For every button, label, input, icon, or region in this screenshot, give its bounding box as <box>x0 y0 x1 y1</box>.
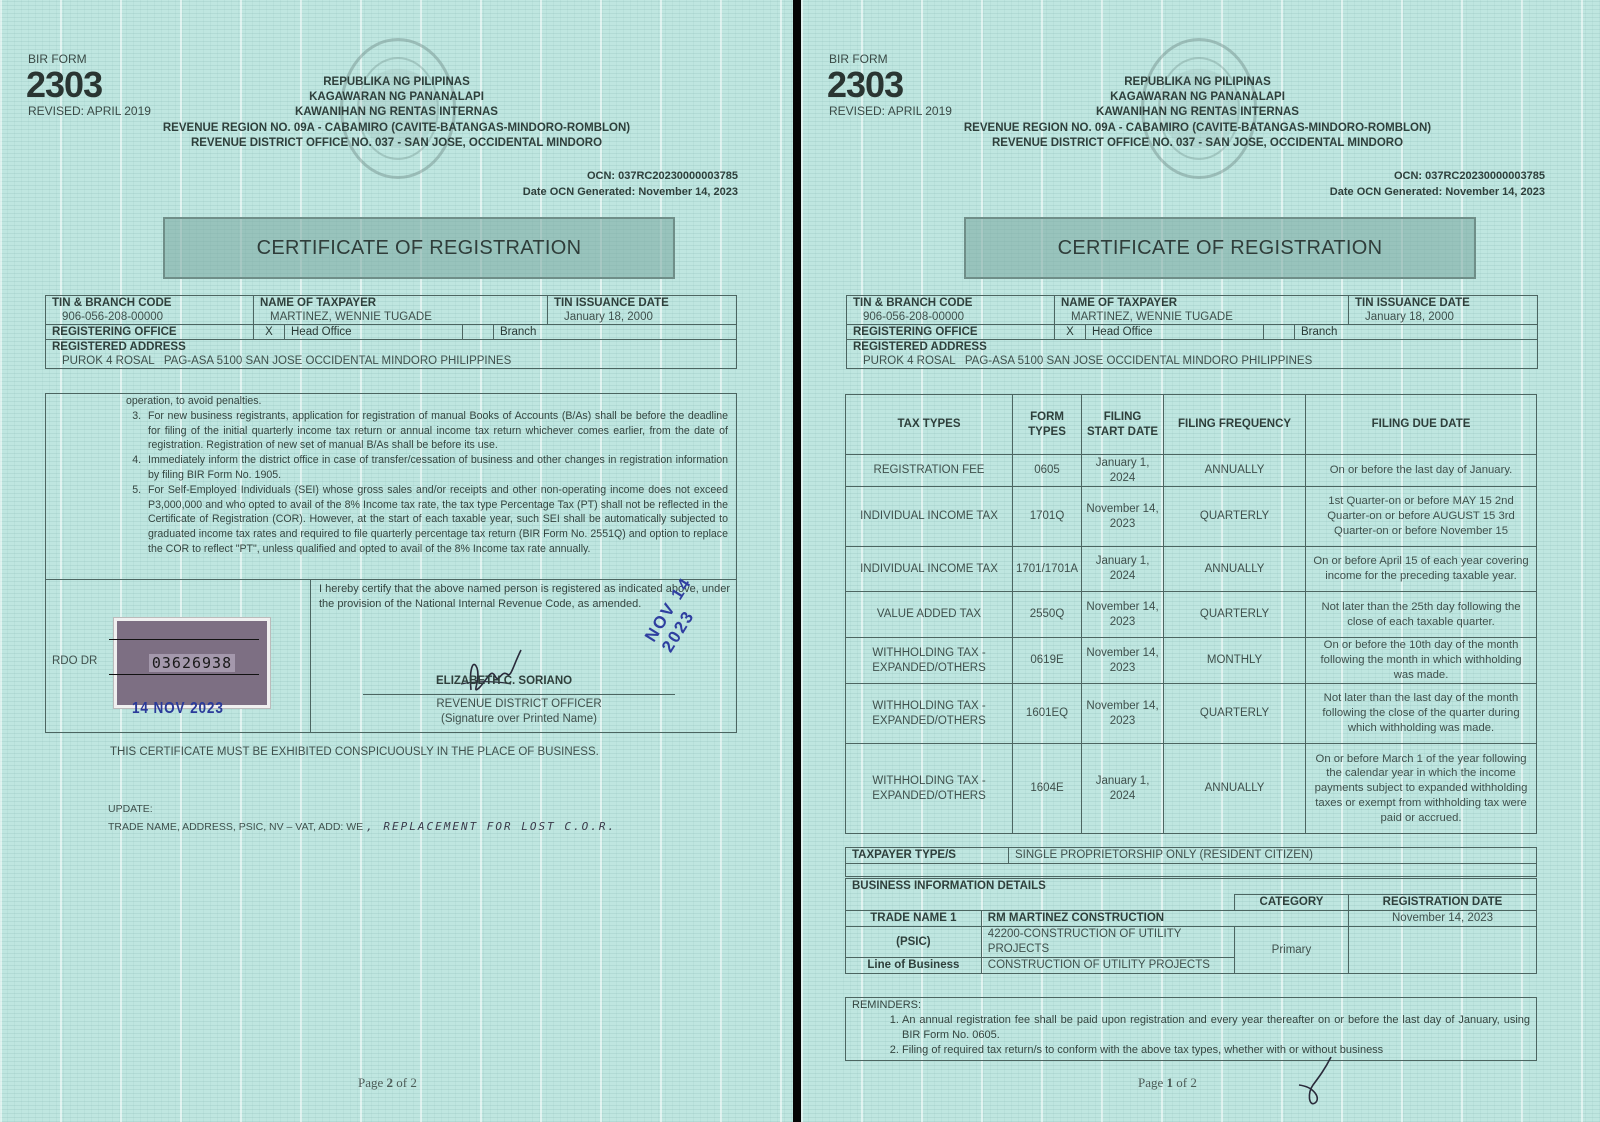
note-item: For Self-Employed Individuals (SEI) whos… <box>144 483 728 557</box>
head-office-label: Head Office <box>1086 325 1264 340</box>
notes-list: operation, to avoid penalties. For new b… <box>46 394 736 557</box>
taxpayer-name-value: MARTINEZ, WENNIE TUGADE <box>1061 310 1342 324</box>
filing-frequency-cell: MONTHLY <box>1164 638 1306 684</box>
revenue-district: REVENUE DISTRICT OFFICE NO. 037 - SAN JO… <box>0 136 793 151</box>
reminders-list: An annual registration fee shall be paid… <box>846 1013 1536 1058</box>
head-office-checkbox: X <box>1055 325 1086 340</box>
form-type-cell: 1701/1701A <box>1013 547 1082 592</box>
tin-issuance-value: January 18, 2000 <box>1355 310 1531 324</box>
rdo-label: RDO DR <box>52 655 97 667</box>
revenue-region: REVENUE REGION NO. 09A - CABAMIRO (CAVIT… <box>0 121 793 136</box>
tax-type-cell: WITHHOLDING TAX - EXPANDED/OTHERS <box>846 684 1013 744</box>
ocn-block: OCN: 037RC20230000003785 Date OCN Genera… <box>1330 168 1545 200</box>
psic-value: 42200-CONSTRUCTION OF UTILITY PROJECTS <box>981 927 1234 958</box>
update-label: UPDATE: <box>108 803 153 815</box>
filing-due-cell: Not later than the 25th day following th… <box>1306 592 1537 638</box>
tin-label: TIN & BRANCH CODE <box>52 297 171 309</box>
tax-table-row: INDIVIDUAL INCOME TAX1701QNovember 14, 2… <box>846 487 1537 547</box>
header-filing-due-date: FILING DUE DATE <box>1306 395 1537 455</box>
officer-subtitle: (Signature over Printed Name) <box>363 712 675 727</box>
branch-checkbox <box>1264 325 1295 340</box>
agency-line-1: REPUBLIKA NG PILIPINAS <box>0 75 793 90</box>
branch-label: Branch <box>494 325 737 340</box>
business-header-spacer <box>846 895 1235 911</box>
head-office-checkbox: X <box>254 325 285 340</box>
filing-due-cell: On or before the 10th day of the month f… <box>1306 638 1537 684</box>
stamp-date: 14 NOV 2023 <box>132 700 224 718</box>
tax-table-row: WITHHOLDING TAX - EXPANDED/OTHERS0619ENo… <box>846 638 1537 684</box>
filing-due-cell: Not later than the last day of the month… <box>1306 684 1537 744</box>
line-of-business-label: Line of Business <box>846 958 982 974</box>
branch-checkbox <box>463 325 494 340</box>
tin-issuance-value: January 18, 2000 <box>554 310 730 324</box>
officer-title: REVENUE DISTRICT OFFICER <box>363 697 675 712</box>
tin-issuance-label: TIN ISSUANCE DATE <box>1355 297 1470 309</box>
tax-type-cell: REGISTRATION FEE <box>846 455 1013 487</box>
taxpayer-id-table: TIN & BRANCH CODE906-056-208-00000 NAME … <box>846 295 1538 369</box>
tax-table-row: REGISTRATION FEE0605January 1, 2024ANNUA… <box>846 455 1537 487</box>
tax-table-row: VALUE ADDED TAX2550QNovember 14, 2023QUA… <box>846 592 1537 638</box>
taxpayer-type-table: TAXPAYER TYPE/S SINGLE PROPRIETORSHIP ON… <box>845 847 1537 877</box>
signature-line <box>363 694 675 695</box>
business-section-label: BUSINESS INFORMATION DETAILS <box>846 879 1537 895</box>
form-type-cell: 2550Q <box>1013 592 1082 638</box>
taxpayer-id-table: TIN & BRANCH CODE906-056-208-00000 NAME … <box>45 295 737 369</box>
filing-frequency-cell: ANNUALLY <box>1164 455 1306 487</box>
line-of-business-value: CONSTRUCTION OF UTILITY PROJECTS <box>981 958 1234 974</box>
tax-type-cell: INDIVIDUAL INCOME TAX <box>846 487 1013 547</box>
trade-name-value: RM MARTINEZ CONSTRUCTION <box>981 911 1348 927</box>
notes-section: operation, to avoid penalties. For new b… <box>45 393 737 733</box>
notes-continuation: operation, to avoid penalties. <box>46 394 736 409</box>
agency-line-3: KAWANIHAN NG RENTAS INTERNAS <box>801 105 1594 120</box>
registration-date-label: REGISTRATION DATE <box>1349 895 1537 911</box>
category-value: Primary <box>1234 927 1348 974</box>
note-item: For new business registrants, applicatio… <box>144 409 728 453</box>
form-type-cell: 1604E <box>1013 744 1082 834</box>
registering-office-label: REGISTERING OFFICE <box>847 325 1055 340</box>
stamp-serial-number: 03626938 <box>149 654 235 672</box>
page-footer: Page 1 of 2 <box>1138 1075 1197 1091</box>
agency-line-1: REPUBLIKA NG PILIPINAS <box>801 75 1594 90</box>
tax-type-cell: VALUE ADDED TAX <box>846 592 1013 638</box>
agency-line-2: KAGAWARAN NG PANANALAPI <box>0 90 793 105</box>
cor-page-2: BIR FORM 2303 REVISED: APRIL 2019 REPUBL… <box>0 0 793 1122</box>
certification-row: RDO DR 03626938 14 NOV 2023 I hereby cer… <box>46 579 736 733</box>
header-filing-start-date: FILING START DATE <box>1082 395 1164 455</box>
tax-table-row: WITHHOLDING TAX - EXPANDED/OTHERS1604EJa… <box>846 744 1537 834</box>
taxpayer-name-value: MARTINEZ, WENNIE TUGADE <box>260 310 541 324</box>
filing-frequency-cell: ANNUALLY <box>1164 744 1306 834</box>
registration-date-empty <box>1349 927 1537 974</box>
taxpayer-name-label: NAME OF TAXPAYER <box>260 297 376 309</box>
address-value: PUROK 4 ROSAL PAG-ASA 5100 SAN JOSE OCCI… <box>52 354 730 368</box>
region-header: REVENUE REGION NO. 09A - CABAMIRO (CAVIT… <box>0 121 793 151</box>
filing-due-cell: On or before March 1 of the year followi… <box>1306 744 1537 834</box>
header-tax-types: TAX TYPES <box>846 395 1013 455</box>
agency-line-3: KAWANIHAN NG RENTAS INTERNAS <box>0 105 793 120</box>
filing-due-cell: On or before the last day of January. <box>1306 455 1537 487</box>
page-divider <box>793 0 801 1122</box>
spacer-row <box>846 864 1537 877</box>
tax-type-cell: WITHHOLDING TAX - EXPANDED/OTHERS <box>846 638 1013 684</box>
revenue-district: REVENUE DISTRICT OFFICE NO. 037 - SAN JO… <box>801 136 1594 151</box>
tax-type-cell: WITHHOLDING TAX - EXPANDED/OTHERS <box>846 744 1013 834</box>
filing-frequency-cell: QUARTERLY <box>1164 487 1306 547</box>
region-header: REVENUE REGION NO. 09A - CABAMIRO (CAVIT… <box>801 121 1594 151</box>
category-label: CATEGORY <box>1234 895 1348 911</box>
registering-office-label: REGISTERING OFFICE <box>46 325 254 340</box>
officer-title-block: REVENUE DISTRICT OFFICER (Signature over… <box>363 697 675 727</box>
business-info-table: BUSINESS INFORMATION DETAILS CATEGORY RE… <box>845 878 1537 974</box>
documentary-stamp-icon: 03626938 <box>114 618 270 708</box>
page-footer-prefix: Page <box>358 1075 387 1090</box>
filing-start-cell: November 14, 2023 <box>1082 638 1164 684</box>
tax-type-cell: INDIVIDUAL INCOME TAX <box>846 547 1013 592</box>
form-type-cell: 1601EQ <box>1013 684 1082 744</box>
officer-name: ELIZABETH C. SORIANO <box>436 675 572 687</box>
taxpayer-type-label: TAXPAYER TYPE/S <box>846 848 1009 864</box>
tin-issuance-label: TIN ISSUANCE DATE <box>554 297 669 309</box>
filing-start-cell: November 14, 2023 <box>1082 487 1164 547</box>
certificate-title: CERTIFICATE OF REGISTRATION <box>964 217 1476 279</box>
tax-types-table: TAX TYPES FORM TYPES FILING START DATE F… <box>845 394 1537 834</box>
ocn-number: OCN: 037RC20230000003785 <box>523 168 738 184</box>
filing-start-cell: January 1, 2024 <box>1082 547 1164 592</box>
update-text: TRADE NAME, ADDRESS, PSIC, NV – VAT, ADD… <box>108 821 363 833</box>
tax-table-header-row: TAX TYPES FORM TYPES FILING START DATE F… <box>846 395 1537 455</box>
certificate-title: CERTIFICATE OF REGISTRATION <box>163 217 675 279</box>
header-form-types: FORM TYPES <box>1013 395 1082 455</box>
address-label: REGISTERED ADDRESS <box>52 341 186 353</box>
tin-value: 906-056-208-00000 <box>52 310 247 324</box>
reminder-item: An annual registration fee shall be paid… <box>902 1013 1530 1043</box>
head-office-label: Head Office <box>285 325 463 340</box>
ocn-date: Date OCN Generated: November 14, 2023 <box>523 184 738 200</box>
taxpayer-type-value: SINGLE PROPRIETORSHIP ONLY (RESIDENT CIT… <box>1009 848 1537 864</box>
header-filing-frequency: FILING FREQUENCY <box>1164 395 1306 455</box>
form-type-cell: 0605 <box>1013 455 1082 487</box>
filing-start-cell: November 14, 2023 <box>1082 684 1164 744</box>
filing-start-cell: November 14, 2023 <box>1082 592 1164 638</box>
filing-frequency-cell: QUARTERLY <box>1164 684 1306 744</box>
form-type-cell: 1701Q <box>1013 487 1082 547</box>
agency-line-2: KAGAWARAN NG PANANALAPI <box>801 90 1594 105</box>
page-footer-suffix: of 2 <box>1173 1075 1197 1090</box>
ocn-block: OCN: 037RC20230000003785 Date OCN Genera… <box>523 168 738 200</box>
registration-date-value: November 14, 2023 <box>1349 911 1537 927</box>
branch-label: Branch <box>1295 325 1538 340</box>
page-footer-suffix: of 2 <box>393 1075 417 1090</box>
filing-frequency-cell: QUARTERLY <box>1164 592 1306 638</box>
agency-header: REPUBLIKA NG PILIPINAS KAGAWARAN NG PANA… <box>801 75 1594 120</box>
address-value: PUROK 4 ROSAL PAG-ASA 5100 SAN JOSE OCCI… <box>853 354 1531 368</box>
filing-frequency-cell: ANNUALLY <box>1164 547 1306 592</box>
exhibit-notice: THIS CERTIFICATE MUST BE EXHIBITED CONSP… <box>110 746 599 758</box>
form-type-cell: 0619E <box>1013 638 1082 684</box>
documentary-stamp-cell: RDO DR 03626938 14 NOV 2023 <box>46 580 311 733</box>
signature-icon <box>451 640 531 700</box>
taxpayer-name-label: NAME OF TAXPAYER <box>1061 297 1177 309</box>
revenue-region: REVENUE REGION NO. 09A - CABAMIRO (CAVIT… <box>801 121 1594 136</box>
handwritten-initial-icon <box>1295 1055 1335 1110</box>
note-item: Immediately inform the district office i… <box>144 453 728 483</box>
trade-name-label: TRADE NAME 1 <box>846 911 982 927</box>
page-footer: Page 2 of 2 <box>358 1075 417 1091</box>
tax-table-body: REGISTRATION FEE0605January 1, 2024ANNUA… <box>846 455 1537 834</box>
address-label: REGISTERED ADDRESS <box>853 341 987 353</box>
page-footer-prefix: Page <box>1138 1075 1167 1090</box>
reminders-label: REMINDERS: <box>846 998 1536 1013</box>
tax-table-row: WITHHOLDING TAX - EXPANDED/OTHERS1601EQN… <box>846 684 1537 744</box>
filing-due-cell: On or before April 15 of each year cover… <box>1306 547 1537 592</box>
tin-label: TIN & BRANCH CODE <box>853 297 972 309</box>
certification-cell: I hereby certify that the above named pe… <box>311 580 736 733</box>
tax-table-row: INDIVIDUAL INCOME TAX1701/1701AJanuary 1… <box>846 547 1537 592</box>
agency-header: REPUBLIKA NG PILIPINAS KAGAWARAN NG PANA… <box>0 75 793 120</box>
ocn-number: OCN: 037RC20230000003785 <box>1330 168 1545 184</box>
reminders-section: REMINDERS: An annual registration fee sh… <box>845 997 1537 1061</box>
tin-value: 906-056-208-00000 <box>853 310 1048 324</box>
ocn-date: Date OCN Generated: November 14, 2023 <box>1330 184 1545 200</box>
notes-ordered-list: For new business registrants, applicatio… <box>46 409 736 557</box>
filing-start-cell: January 1, 2024 <box>1082 455 1164 487</box>
filing-due-cell: 1st Quarter-on or before MAY 15 2nd Quar… <box>1306 487 1537 547</box>
reminder-item: Filing of required tax return/s to confo… <box>902 1043 1530 1058</box>
psic-label: (PSIC) <box>846 927 982 958</box>
update-handwritten-note: , REPLACEMENT FOR LOST C.O.R. <box>366 820 616 833</box>
update-text-line: TRADE NAME, ADDRESS, PSIC, NV – VAT, ADD… <box>108 820 616 833</box>
filing-start-cell: January 1, 2024 <box>1082 744 1164 834</box>
